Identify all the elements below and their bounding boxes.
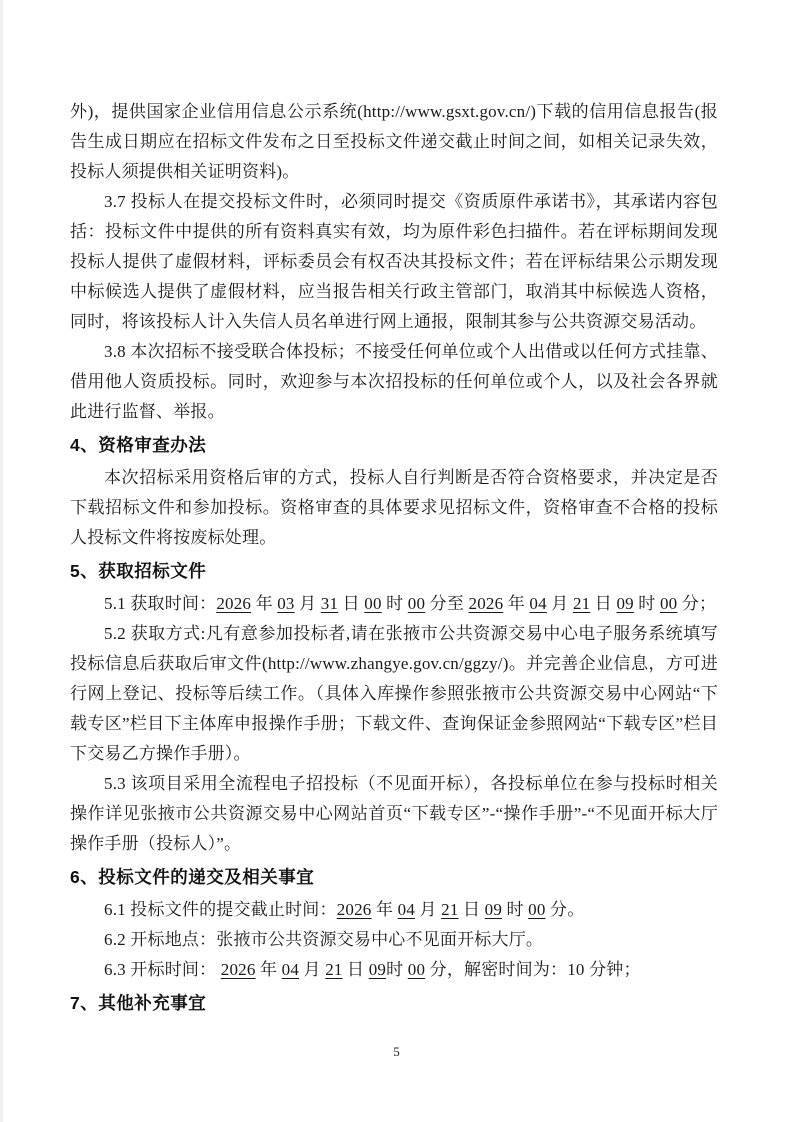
text-run: 时 [382,594,408,613]
text-run: 年 [503,594,529,613]
text-run: 5.2 获取方式:凡有意参加投标者,请在张掖市公共资源交易中心电子服务系统填写投… [70,624,718,763]
text-run: 月 [415,900,441,919]
underlined-value: 09 [485,900,502,919]
text-run: 年 [256,960,282,979]
text-run: 4、资格审查办法 [70,435,206,455]
page-number: 5 [0,1044,793,1060]
underlined-value: 21 [441,900,458,919]
text-run: 分，解密时间为：10 分钟； [425,960,641,979]
paragraph-5-2: 5.2 获取方式:凡有意参加投标者,请在张掖市公共资源交易中心电子服务系统填写投… [70,619,718,769]
text-run: 日 [338,594,364,613]
text-run: 外)，提供国家企业信用信息公示系统(http://www.gsxt.gov.cn… [70,102,718,181]
underlined-value: 00 [408,960,425,979]
underlined-value: 31 [321,594,338,613]
text-run: 3.8 本次招标不接受联合体投标；不接受任何单位或个人出借或以任何方式挂靠、借用… [70,342,718,421]
paragraph-6-2: 6.2 开标地点：张掖市公共资源交易中心不见面开标大厅。 [70,925,718,955]
underlined-value: 09 [616,594,633,613]
underlined-value: 04 [529,594,546,613]
heading-6: 6、投标文件的递交及相关事宜 [70,862,718,893]
underlined-value: 00 [528,900,545,919]
underlined-value: 09 [369,960,386,979]
heading-4: 4、资格审查办法 [70,430,718,461]
text-run: 日 [590,594,616,613]
paragraph-4-body: 本次招标采用资格后审的方式，投标人自行判断是否符合资格要求，并决定是否下载招标文… [70,463,718,553]
text-run: 日 [459,900,485,919]
text-run: 5.3 该项目采用全流程电子招投标（不见面开标），各投标单位在参与投标时相关操作… [70,774,718,853]
underlined-value: 21 [573,594,590,613]
paragraph-5-1: 5.1 获取时间：2026 年 03 月 31 日 00 时 00 分至 202… [70,589,718,619]
underlined-value: 04 [398,900,415,919]
underlined-value: 2026 [337,900,372,919]
text-run: 时 [634,594,660,613]
heading-7: 7、其他补充事宜 [70,988,718,1019]
text-run: 年 [372,900,398,919]
paragraph-6-1: 6.1 投标文件的提交截止时间：2026 年 04 月 21 日 09 时 00… [70,895,718,925]
text-run: 本次招标采用资格后审的方式，投标人自行判断是否符合资格要求，并决定是否下载招标文… [70,468,718,547]
underlined-value: 00 [364,594,381,613]
paragraph-5-3: 5.3 该项目采用全流程电子招投标（不见面开标），各投标单位在参与投标时相关操作… [70,769,718,859]
text-run: 分至 [425,594,468,613]
underlined-value: 00 [408,594,425,613]
text-run: 时 [502,900,528,919]
underlined-value: 2026 [216,594,251,613]
text-run: 时 [386,960,408,979]
text-run: 月 [295,594,321,613]
heading-5: 5、获取招标文件 [70,556,718,587]
text-run: 日 [343,960,369,979]
text-run: 3.7 投标人在提交投标文件时，必须同时提交《资质原件承诺书》，其承诺内容包括：… [70,192,718,331]
text-run: 年 [251,594,277,613]
underlined-value: 03 [277,594,294,613]
text-run: 7、其他补充事宜 [70,993,206,1013]
text-run: 6.1 投标文件的提交截止时间： [104,900,337,919]
underlined-value: 21 [325,960,342,979]
document-page: 外)，提供国家企业信用信息公示系统(http://www.gsxt.gov.cn… [0,0,793,1122]
paragraph-6-3: 6.3 开标时间： 2026 年 04 月 21 日 09时 00 分，解密时间… [70,955,718,985]
document-body: 外)，提供国家企业信用信息公示系统(http://www.gsxt.gov.cn… [70,97,718,1021]
paragraph-3-8: 3.8 本次招标不接受联合体投标；不接受任何单位或个人出借或以任何方式挂靠、借用… [70,337,718,427]
text-run: 月 [299,960,325,979]
underlined-value: 00 [660,594,677,613]
text-run: 5.1 获取时间： [104,594,216,613]
text-run: 月 [547,594,573,613]
text-run: 5、获取招标文件 [70,561,206,581]
text-run: 6、投标文件的递交及相关事宜 [70,867,314,887]
text-run: 分； [677,594,716,613]
underlined-value: 2026 [221,960,256,979]
underlined-value: 04 [282,960,299,979]
underlined-value: 2026 [469,594,504,613]
paragraph-continuation: 外)，提供国家企业信用信息公示系统(http://www.gsxt.gov.cn… [70,97,718,187]
text-run: 6.2 开标地点：张掖市公共资源交易中心不见面开标大厅。 [104,930,543,949]
paragraph-3-7: 3.7 投标人在提交投标文件时，必须同时提交《资质原件承诺书》，其承诺内容包括：… [70,187,718,337]
text-run: 分。 [546,900,585,919]
text-run: 6.3 开标时间： [104,960,221,979]
